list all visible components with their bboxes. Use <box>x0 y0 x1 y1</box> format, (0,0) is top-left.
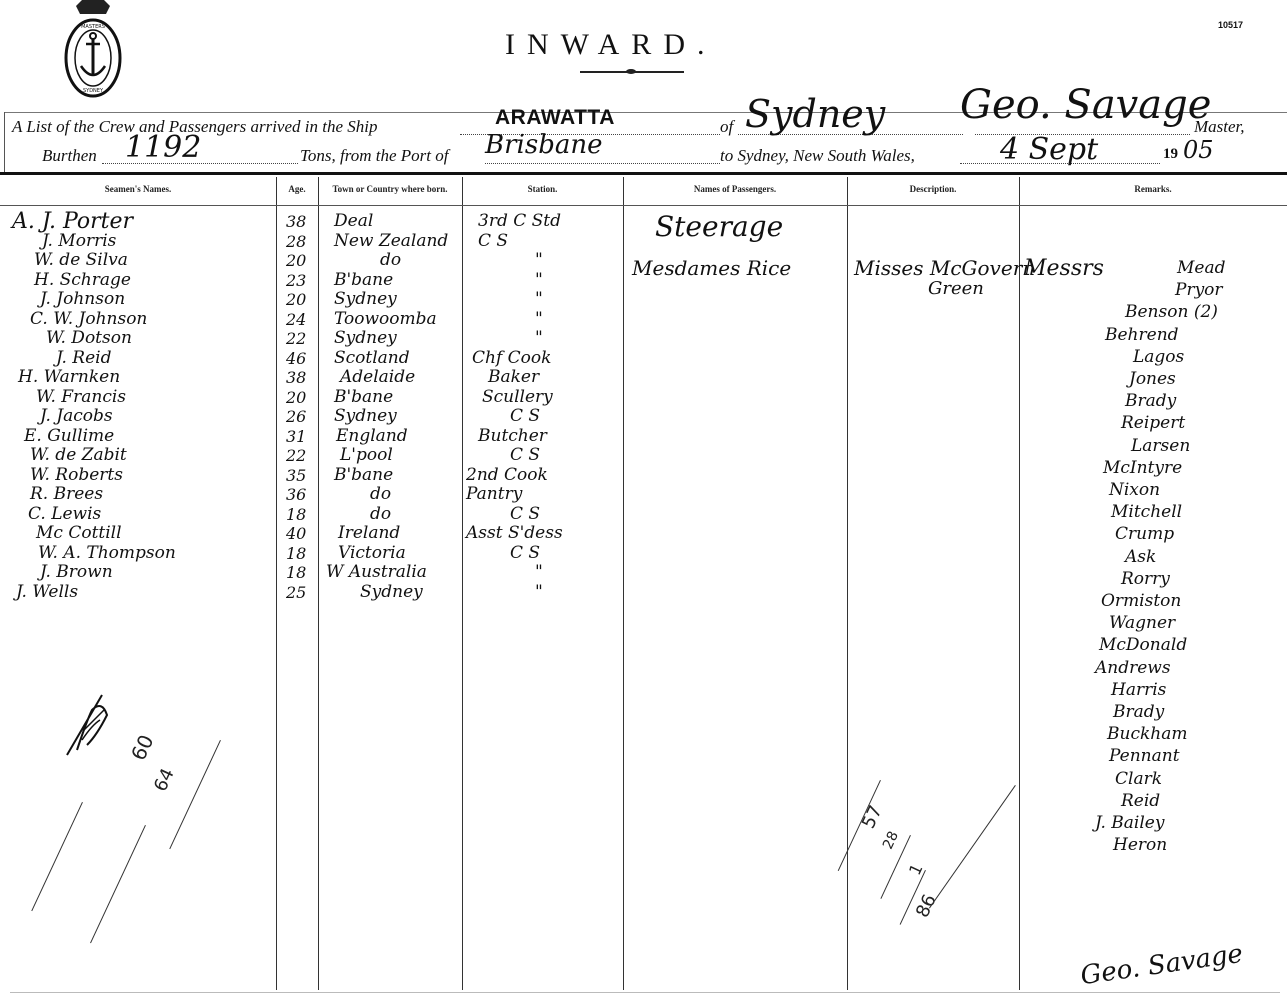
table-row: W. Dotson 22 Sydney " <box>0 329 623 349</box>
seaman-birthplace: Sydney <box>360 583 423 603</box>
document-number: 10517 <box>1218 20 1243 30</box>
seaman-age: 46 <box>286 349 306 369</box>
seaman-name: W. Dotson <box>46 329 132 349</box>
port-line <box>485 163 720 164</box>
seaman-age: 20 <box>286 290 306 310</box>
list-item: Pennant <box>1095 745 1275 767</box>
seaman-birthplace: W Australia <box>326 563 427 583</box>
list-item: Ormiston <box>1095 590 1275 612</box>
seaman-birthplace: Scotland <box>334 349 410 369</box>
seaman-name: W. de Zabit <box>30 446 127 466</box>
table-row: J. Brown 18 W Australia " <box>0 563 623 583</box>
shipping-masters-seal: MASTERS SYDNEY <box>56 0 130 102</box>
seaman-name: Mc Cottill <box>36 524 122 544</box>
table-row: W. de Silva 20 do " <box>0 251 623 271</box>
seaman-name: A. J. Porter <box>12 212 133 232</box>
seaman-age: 28 <box>286 232 306 252</box>
column-header-age: Age. <box>276 184 318 194</box>
seaman-birthplace: B'bane <box>334 388 393 408</box>
seaman-birthplace: Ireland <box>338 524 400 544</box>
table-row: J. Reid 46 Scotland Chf Cook <box>0 349 623 369</box>
table-row: A. J. Porter 38 Deal 3rd C Std <box>0 212 623 232</box>
header-thick-rule <box>0 172 1287 175</box>
svg-text:SYDNEY: SYDNEY <box>83 88 104 94</box>
table-row: W. Francis 20 B'bane Scullery <box>0 388 623 408</box>
seaman-station: " <box>535 310 543 330</box>
seaman-name: W. Roberts <box>30 466 123 486</box>
list-item: Mead <box>1095 257 1275 279</box>
seaman-birthplace: Sydney <box>334 290 397 310</box>
list-item: Nixon <box>1095 479 1275 501</box>
seaman-station: 3rd C Std <box>478 212 561 232</box>
list-item: Larsen <box>1095 435 1275 457</box>
seaman-age: 24 <box>286 310 306 330</box>
destination-label: to Sydney, New South Wales, <box>720 146 915 166</box>
column-divider <box>847 177 848 990</box>
seaman-birthplace: Victoria <box>338 544 406 564</box>
seaman-age: 40 <box>286 524 306 544</box>
seaman-name: J. Johnson <box>40 290 125 310</box>
seaman-name: E. Gullime <box>24 427 114 447</box>
list-item: Jones <box>1095 368 1275 390</box>
date-value: 4 Sept <box>1000 132 1098 167</box>
seaman-name: H. Schrage <box>34 271 131 291</box>
list-item: Lagos <box>1095 346 1275 368</box>
table-row: W. Roberts 35 B'bane 2nd Cook <box>0 466 623 486</box>
seaman-station: " <box>535 271 543 291</box>
seaman-birthplace: Deal <box>334 212 373 232</box>
seaman-age: 22 <box>286 446 306 466</box>
seaman-station: " <box>535 329 543 349</box>
svg-text:MASTERS: MASTERS <box>81 24 105 30</box>
list-item: Andrews <box>1095 657 1275 679</box>
seaman-name: C. Lewis <box>28 505 101 525</box>
year-suffix: 05 <box>1183 136 1214 164</box>
annotation-slash <box>929 785 1016 908</box>
seaman-name: J. Brown <box>40 563 113 583</box>
seaman-birthplace: B'bane <box>334 466 393 486</box>
seaman-age: 18 <box>286 544 306 564</box>
document-title: INWARD. <box>505 28 717 62</box>
seaman-birthplace: do <box>380 251 401 271</box>
list-item: J. Bailey <box>1095 812 1275 834</box>
seaman-age: 26 <box>286 407 306 427</box>
seaman-station: Butcher <box>478 427 547 447</box>
seaman-age: 22 <box>286 329 306 349</box>
seaman-age: 23 <box>286 271 306 291</box>
title-divider-ornament <box>626 69 636 74</box>
table-row: W. A. Thompson 18 Victoria C S <box>0 544 623 564</box>
table-row: J. Johnson 20 Sydney " <box>0 290 623 310</box>
seaman-birthplace: do <box>370 505 391 525</box>
list-item: Behrend <box>1095 324 1275 346</box>
seaman-name: W. de Silva <box>34 251 128 271</box>
seaman-name: W. Francis <box>36 388 126 408</box>
seaman-age: 20 <box>286 388 306 408</box>
year-prefix: 19 <box>1163 146 1178 163</box>
seaman-age: 25 <box>286 583 306 603</box>
seaman-station: " <box>535 290 543 310</box>
seaman-age: 18 <box>286 505 306 525</box>
passenger-misses-line2: Green <box>928 278 984 299</box>
of-label: of <box>720 117 733 137</box>
steerage-heading: Steerage <box>655 210 783 243</box>
seaman-birthplace: L'pool <box>340 446 393 466</box>
list-item: Brady <box>1095 701 1275 723</box>
seaman-station: C S <box>510 446 540 466</box>
ship-name: ARAWATTA <box>495 106 615 130</box>
master-label: Master, <box>1194 117 1245 137</box>
seaman-birthplace: Adelaide <box>340 368 415 388</box>
remarks-messrs: Messrs <box>1024 256 1104 281</box>
seaman-name: W. A. Thompson <box>38 544 176 564</box>
seaman-name: R. Brees <box>30 485 103 505</box>
seaman-age: 18 <box>286 563 306 583</box>
table-header-rule <box>0 205 1287 206</box>
seaman-age: 31 <box>286 427 306 447</box>
column-header-passengers: Names of Passengers. <box>623 184 847 194</box>
list-item: Harris <box>1095 679 1275 701</box>
seaman-name: J. Reid <box>56 349 111 369</box>
seaman-station: C S <box>510 544 540 564</box>
seaman-name: J. Morris <box>42 232 116 252</box>
master-name: Geo. Savage <box>960 82 1211 128</box>
seaman-birthplace: Toowoomba <box>334 310 437 330</box>
tally-mark-60: 60 <box>126 731 159 764</box>
seaman-birthplace: Sydney <box>334 329 397 349</box>
column-header-station: Station. <box>462 184 623 194</box>
seaman-name: C. W. Johnson <box>30 310 147 330</box>
tally-mark-64: 64 <box>150 765 179 795</box>
table-row: W. de Zabit 22 L'pool C S <box>0 446 623 466</box>
list-item: McDonald <box>1095 634 1275 656</box>
column-divider <box>623 177 624 990</box>
seaman-station: " <box>535 251 543 271</box>
page-bottom-edge <box>10 992 1280 993</box>
column-header-description: Description. <box>847 184 1019 194</box>
seaman-station: 2nd Cook <box>466 466 548 486</box>
scribble-mark <box>62 690 122 760</box>
table-row: J. Jacobs 26 Sydney C S <box>0 407 623 427</box>
master-signature: Geo. Savage <box>1079 939 1245 991</box>
seaman-birthplace: England <box>336 427 408 447</box>
list-item: Brady <box>1095 390 1275 412</box>
table-row: H. Schrage 23 B'bane " <box>0 271 623 291</box>
list-item: Crump <box>1095 523 1275 545</box>
crew-list: A. J. Porter 38 Deal 3rd C Std J. Morris… <box>0 212 623 602</box>
anchor-seal-icon: MASTERS SYDNEY <box>56 0 130 102</box>
seaman-station: " <box>535 563 543 583</box>
burthen-value: 1192 <box>125 130 201 165</box>
table-row: Mc Cottill 40 Ireland Asst S'dess <box>0 524 623 544</box>
seaman-birthplace: Sydney <box>334 407 397 427</box>
seaman-name: J. Jacobs <box>40 407 113 427</box>
tons-from-port-label: Tons, from the Port of <box>300 146 448 166</box>
list-item: Ask <box>1095 546 1275 568</box>
list-item: Benson (2) <box>1095 301 1275 323</box>
seaman-station: Baker <box>488 368 539 388</box>
seaman-age: 36 <box>286 485 306 505</box>
table-row: E. Gullime 31 England Butcher <box>0 427 623 447</box>
annotation-slash <box>169 740 221 849</box>
annotation-slash <box>90 825 146 943</box>
burthen-label: Burthen <box>42 146 97 166</box>
seaman-birthplace: B'bane <box>334 271 393 291</box>
annotation-slash <box>31 802 83 911</box>
seaman-name: H. Warnken <box>18 368 120 388</box>
passenger-misses: Misses McGovern <box>854 256 1035 280</box>
column-header-born: Town or Country where born. <box>318 184 462 194</box>
list-item: Pryor <box>1095 279 1275 301</box>
column-header-seamen: Seamen's Names. <box>0 184 276 194</box>
seaman-age: 38 <box>286 212 306 232</box>
seaman-age: 38 <box>286 368 306 388</box>
list-item: Buckham <box>1095 723 1275 745</box>
list-item: McIntyre <box>1095 457 1275 479</box>
tally-mark-28: 28 <box>880 829 902 852</box>
list-item: Clark <box>1095 768 1275 790</box>
column-header-remarks: Remarks. <box>1019 184 1287 194</box>
header-box-left <box>4 112 5 174</box>
seaman-station: Pantry <box>466 485 522 505</box>
seaman-age: 35 <box>286 466 306 486</box>
table-row: J. Wells 25 Sydney " <box>0 583 623 603</box>
passenger-mesdames: Mesdames Rice <box>632 256 791 280</box>
list-item: Mitchell <box>1095 501 1275 523</box>
table-row: R. Brees 36 do Pantry <box>0 485 623 505</box>
seaman-name: J. Wells <box>16 583 78 603</box>
seaman-station: C S <box>510 407 540 427</box>
column-divider <box>1019 177 1020 990</box>
table-row: H. Warnken 38 Adelaide Baker <box>0 368 623 388</box>
seaman-station: Asst S'dess <box>466 524 563 544</box>
remarks-passenger-list: Mead Pryor Benson (2) Behrend Lagos Jone… <box>1095 257 1275 856</box>
seaman-birthplace: New Zealand <box>334 232 448 252</box>
list-item: Heron <box>1095 834 1275 856</box>
list-item: Reipert <box>1095 412 1275 434</box>
seaman-station: " <box>535 583 543 603</box>
seaman-station: C S <box>510 505 540 525</box>
table-row: C. W. Johnson 24 Toowoomba " <box>0 310 623 330</box>
seaman-station: C S <box>478 232 508 252</box>
seaman-age: 20 <box>286 251 306 271</box>
port-from-value: Brisbane <box>485 130 602 160</box>
seaman-station: Chf Cook <box>472 349 551 369</box>
list-item: Wagner <box>1095 612 1275 634</box>
seaman-station: Scullery <box>482 388 553 408</box>
list-item: Reid <box>1095 790 1275 812</box>
ship-of-value: Sydney <box>745 92 885 136</box>
table-row: C. Lewis 18 do C S <box>0 505 623 525</box>
list-item: Rorry <box>1095 568 1275 590</box>
seaman-birthplace: do <box>370 485 391 505</box>
table-row: J. Morris 28 New Zealand C S <box>0 232 623 252</box>
